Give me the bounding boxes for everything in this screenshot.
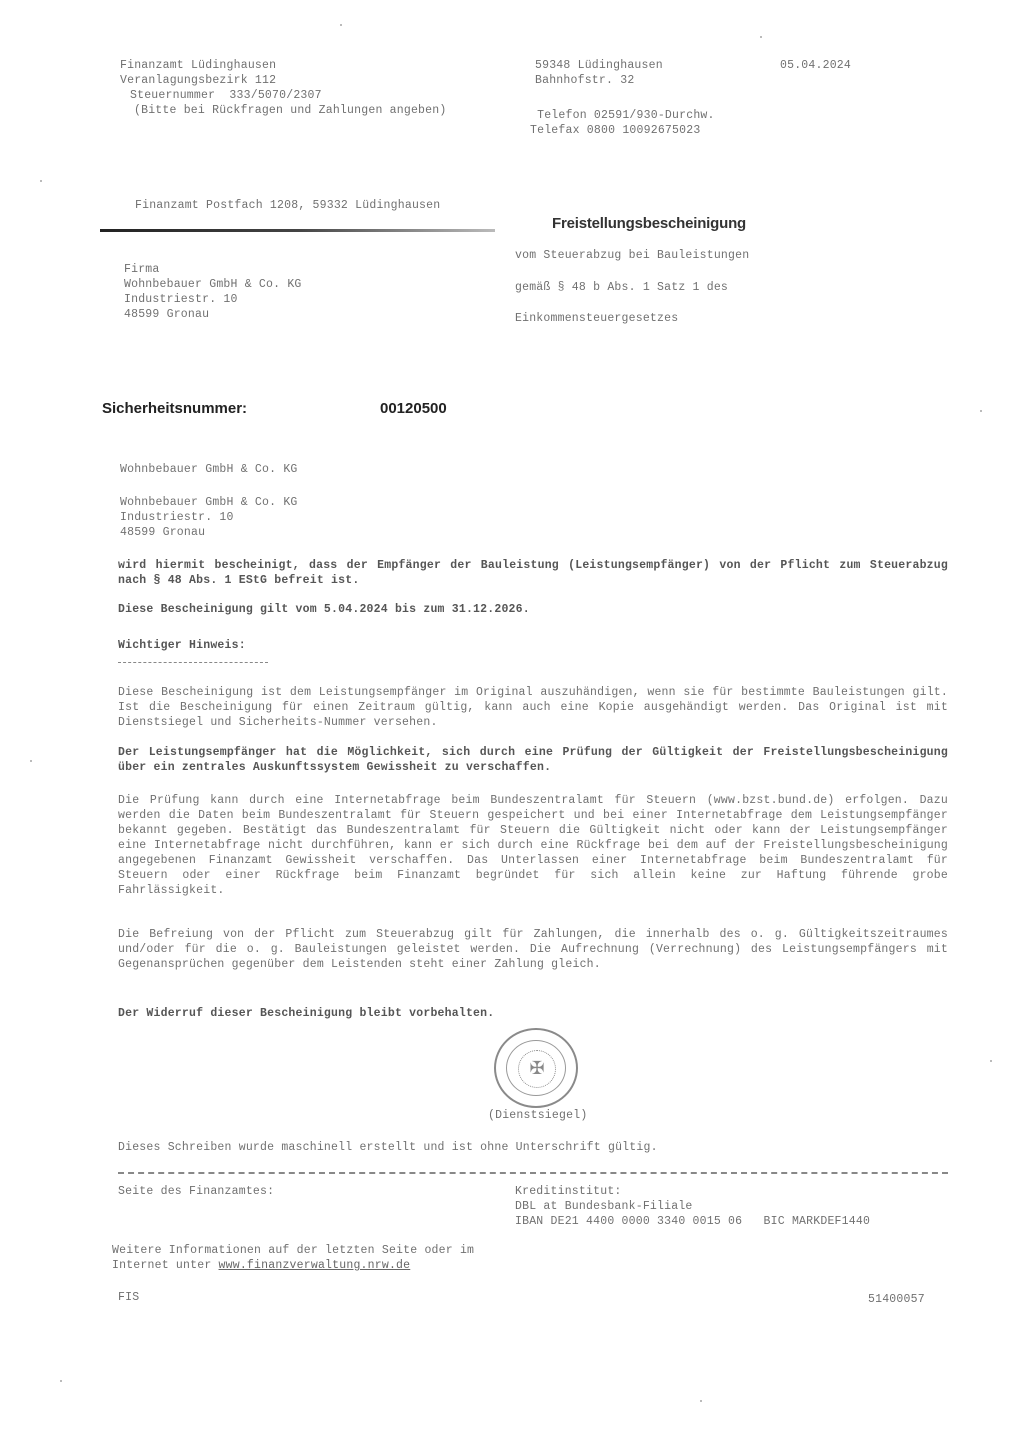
- revocation-note: Der Widerruf dieser Bescheinigung bleibt…: [118, 1006, 948, 1021]
- beneficiary-name: Wohnbebauer GmbH & Co. KG: [120, 462, 298, 477]
- bank-iban-bic: IBAN DE21 4400 0000 3340 0015 06 BIC MAR…: [515, 1214, 870, 1229]
- notice-paragraph-1: Diese Bescheinigung ist dem Leistungsemp…: [118, 685, 948, 730]
- beneficiary-line: 48599 Gronau: [120, 525, 298, 540]
- more-info-line: Weitere Informationen auf der letzten Se…: [112, 1243, 474, 1258]
- sender-office: Finanzamt Lüdinghausen: [120, 58, 446, 73]
- scan-speck: [60, 1380, 62, 1382]
- address-divider: [100, 229, 495, 232]
- certificate-subtitle-1: vom Steuerabzug bei Bauleistungen: [515, 248, 749, 263]
- tax-number: Steuernummer 333/5070/2307: [120, 88, 446, 103]
- security-number-label: Sicherheitsnummer:: [102, 400, 247, 417]
- bank-label: Kreditinstitut:: [515, 1184, 870, 1199]
- recipient-address: Firma Wohnbebauer GmbH & Co. KG Industri…: [124, 262, 302, 322]
- page-code-left: FIS: [118, 1290, 139, 1305]
- machine-generated-note: Dieses Schreiben wurde maschinell erstel…: [118, 1140, 658, 1155]
- beneficiary-line: Wohnbebauer GmbH & Co. KG: [120, 495, 298, 510]
- scan-speck: [700, 1400, 702, 1402]
- exemption-statement: wird hiermit bescheinigt, dass der Empfä…: [118, 558, 948, 588]
- notice-heading-underline: [118, 660, 268, 663]
- office-street: Bahnhofstr. 32: [535, 73, 663, 88]
- scan-speck: [30, 760, 32, 762]
- beneficiary-line: Industriestr. 10: [120, 510, 298, 525]
- validity-period: Diese Bescheinigung gilt vom 5.04.2024 b…: [118, 602, 948, 617]
- eagle-emblem-icon: ✠: [518, 1050, 556, 1088]
- office-address: 59348 Lüdinghausen Bahnhofstr. 32: [535, 58, 663, 88]
- bank-details: Kreditinstitut: DBL at Bundesbank-Filial…: [515, 1184, 870, 1229]
- scan-speck: [980, 410, 982, 412]
- notice-heading-text: Wichtiger Hinweis:: [118, 639, 246, 652]
- notice-paragraph-2: Der Leistungsempfänger hat die Möglichke…: [118, 745, 948, 775]
- notice-paragraph-3: Die Prüfung kann durch eine Internetabfr…: [118, 793, 948, 898]
- letter-date: 05.04.2024: [780, 58, 851, 73]
- sender-note: (Bitte bei Rückfragen und Zahlungen ange…: [120, 103, 446, 118]
- more-info-prefix: Internet unter: [112, 1259, 219, 1272]
- office-city: 59348 Lüdinghausen: [535, 58, 663, 73]
- scan-speck: [40, 180, 42, 182]
- notice-heading: Wichtiger Hinweis:: [118, 638, 948, 668]
- scan-speck: [340, 24, 342, 26]
- office-contact: Telefon 02591/930-Durchw. Telefax 0800 1…: [530, 108, 715, 138]
- page-code-right: 51400057: [868, 1292, 925, 1307]
- sender-district: Veranlagungsbezirk 112: [120, 73, 446, 88]
- scan-speck: [990, 1060, 992, 1062]
- office-phone: Telefon 02591/930-Durchw.: [530, 108, 715, 123]
- official-seal: ✠: [494, 1028, 578, 1108]
- footer-divider: [118, 1172, 948, 1174]
- seal-label: (Dienstsiegel): [488, 1108, 587, 1123]
- recipient-line: Industriestr. 10: [124, 292, 302, 307]
- certificate-subtitle-2: gemäß § 48 b Abs. 1 Satz 1 des: [515, 280, 728, 295]
- security-number-value: 00120500: [380, 400, 447, 417]
- website-link[interactable]: www.finanzverwaltung.nrw.de: [219, 1259, 411, 1272]
- sender-block: Finanzamt Lüdinghausen Veranlagungsbezir…: [120, 58, 446, 118]
- certificate-subtitle-3: Einkommensteuergesetzes: [515, 311, 678, 326]
- certificate-title: Freistellungsbescheinigung: [552, 215, 746, 232]
- notice-paragraph-4: Die Befreiung von der Pflicht zum Steuer…: [118, 927, 948, 972]
- return-address: Finanzamt Postfach 1208, 59332 Lüdinghau…: [135, 198, 440, 213]
- scan-speck: [760, 36, 762, 38]
- recipient-line: Firma: [124, 262, 302, 277]
- bank-name: DBL at Bundesbank-Filiale: [515, 1199, 870, 1214]
- more-info: Weitere Informationen auf der letzten Se…: [112, 1243, 474, 1273]
- office-footer-label: Seite des Finanzamtes:: [118, 1184, 274, 1199]
- office-fax: Telefax 0800 10092675023: [530, 123, 715, 138]
- beneficiary-address: Wohnbebauer GmbH & Co. KG Industriestr. …: [120, 495, 298, 540]
- recipient-line: 48599 Gronau: [124, 307, 302, 322]
- recipient-line: Wohnbebauer GmbH & Co. KG: [124, 277, 302, 292]
